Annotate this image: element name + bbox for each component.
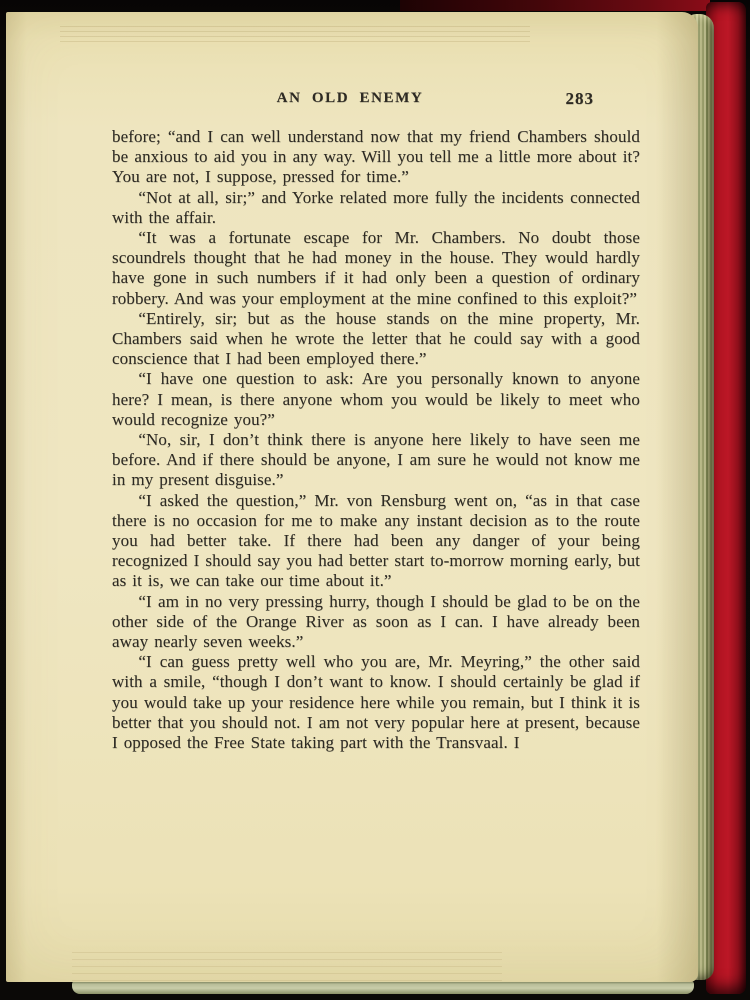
paragraph: “I am in no very pressing hurry, though … <box>112 592 640 653</box>
text-column: AN OLD ENEMY 283 before; “and I can well… <box>112 90 640 753</box>
underlying-page-edges-top <box>60 22 530 46</box>
paragraph: “Not at all, sir;” and Yorke related mor… <box>112 188 640 228</box>
book-scan-scene: AN OLD ENEMY 283 before; “and I can well… <box>0 0 750 1000</box>
paragraph: “I have one question to ask: Are you per… <box>112 369 640 430</box>
page-bottom-edge <box>72 981 694 994</box>
page-number: 283 <box>566 89 595 109</box>
paragraph: “No, sir, I don’t think there is anyone … <box>112 430 640 491</box>
underlying-page-edges-bottom <box>72 946 502 982</box>
paragraph: “I can guess pretty well who you are, Mr… <box>112 652 640 753</box>
book-page: AN OLD ENEMY 283 before; “and I can well… <box>6 12 698 982</box>
paragraph: “It was a fortunate escape for Mr. Chamb… <box>112 228 640 309</box>
text-body: before; “and I can well understand now t… <box>112 127 640 753</box>
paragraph: before; “and I can well understand now t… <box>112 127 640 188</box>
book-cover-top-edge <box>400 0 710 11</box>
paragraph: “Entirely, sir; but as the house stands … <box>112 309 640 370</box>
paragraph: “I asked the question,” Mr. von Rensburg… <box>112 491 640 592</box>
chapter-title: AN OLD ENEMY <box>277 90 424 107</box>
running-header: AN OLD ENEMY 283 <box>112 90 640 114</box>
